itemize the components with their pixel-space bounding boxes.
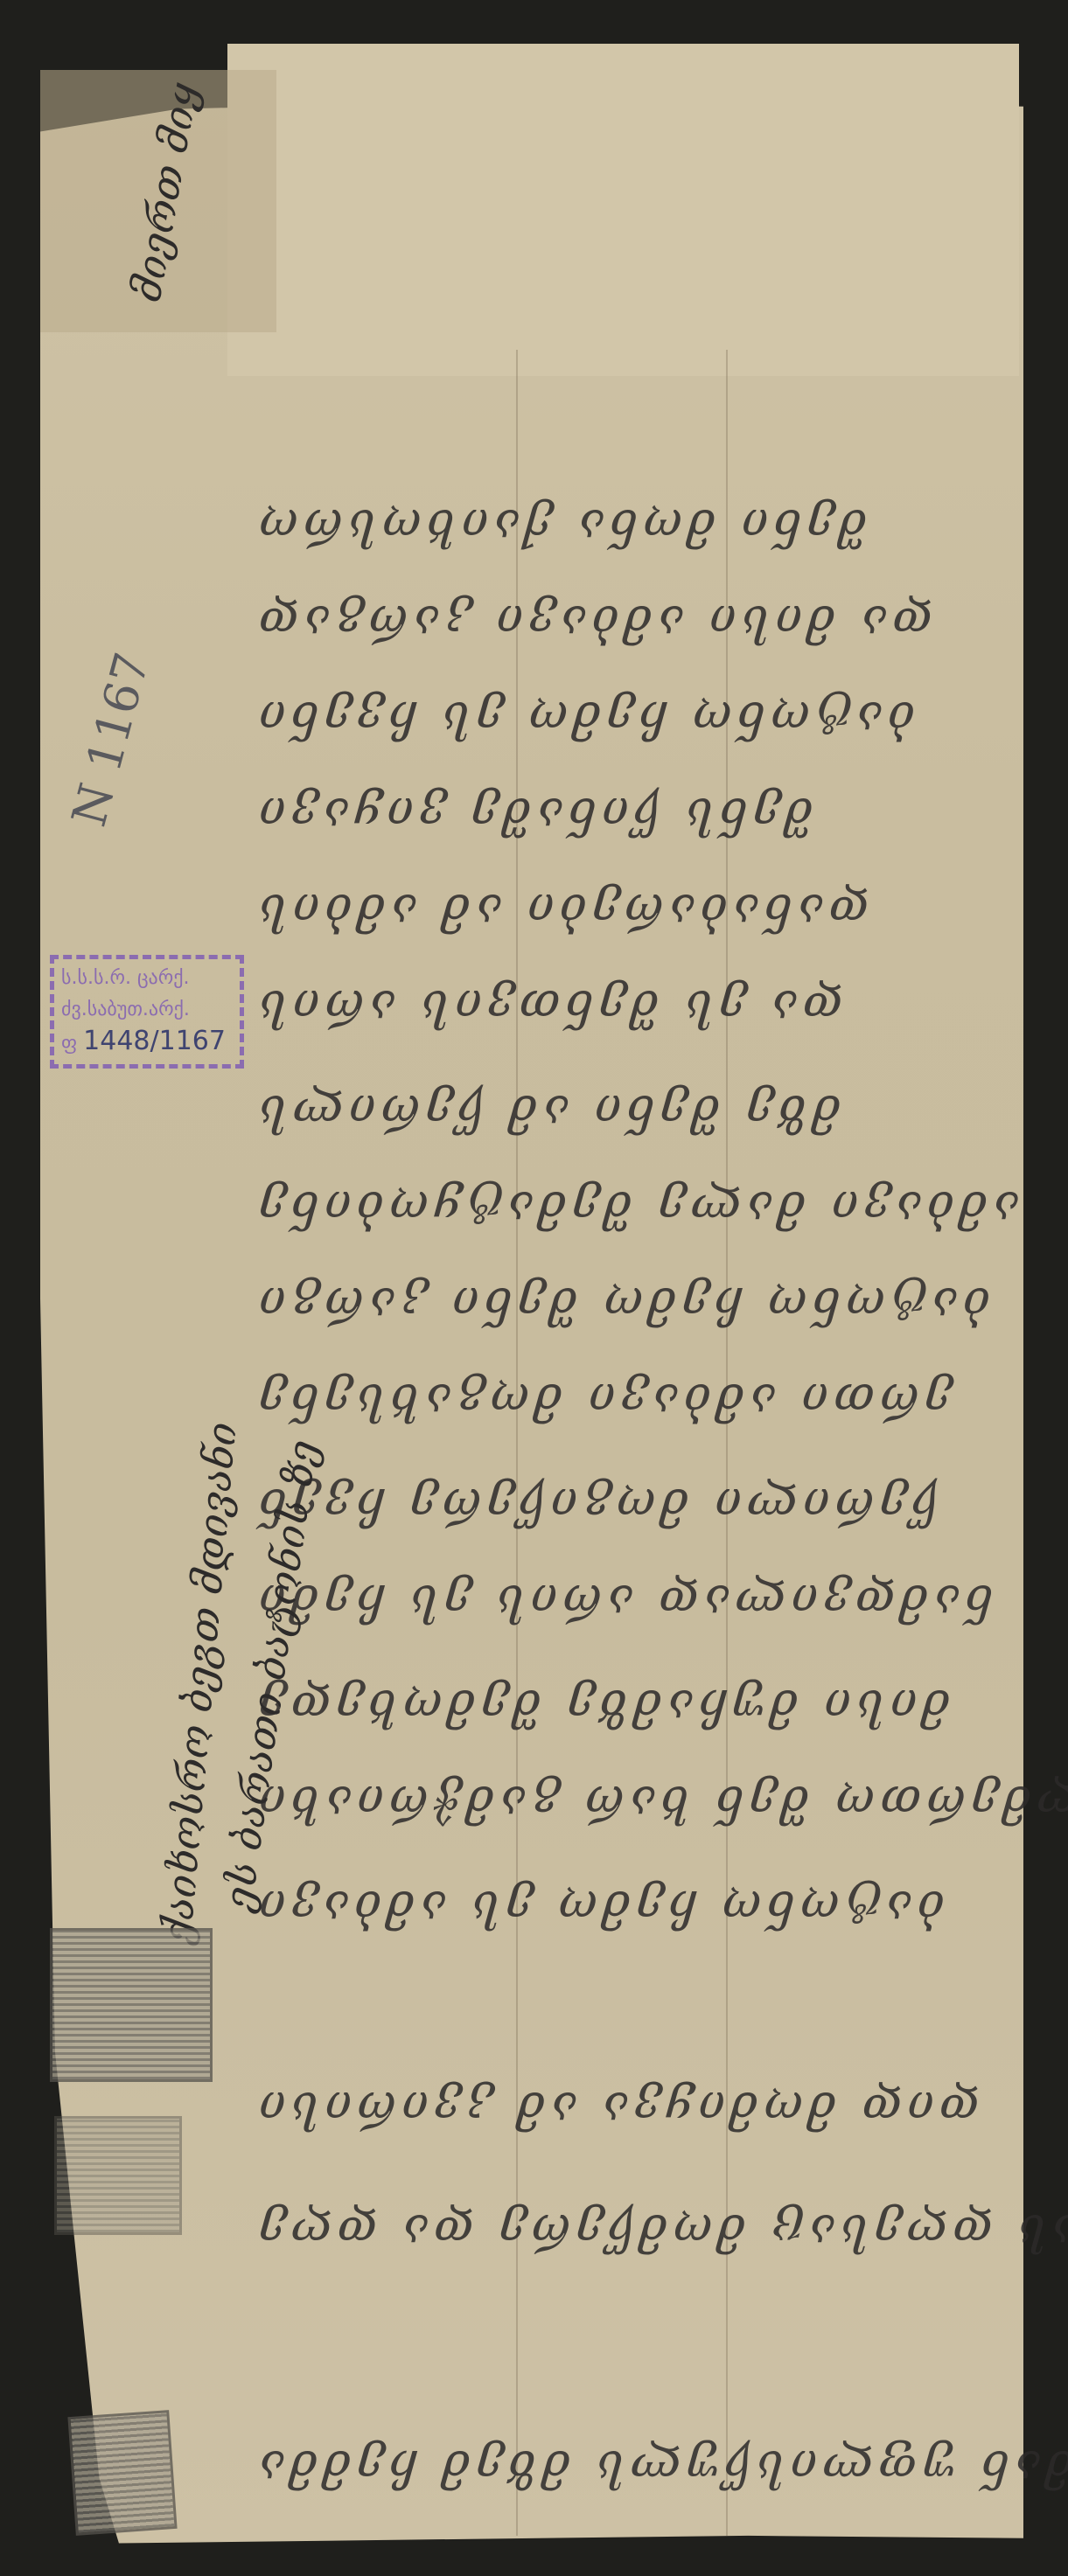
manuscript-line: ერთი ამბავი მოგახსენე	[254, 1373, 952, 1428]
paper-flap	[227, 44, 1019, 376]
manuscript-line: ბატონო ჩემო შენი კარგი	[254, 1277, 990, 1332]
wax-seal-impression	[67, 2410, 177, 2536]
archive-stamp: ს.ს.ს.რ. ცარქ. ძვ.საბუთ.არქ. ფ 1448/1167	[50, 955, 244, 1069]
manuscript-line: ნამდვილად არის ეს ჩემი	[254, 1574, 994, 1629]
wax-seal-impression	[54, 2116, 182, 2235]
manuscript-line: ღმერთმან უფლისწულს მზემ ჩემმა	[254, 2440, 1068, 2495]
manuscript-line: ღმერთო შენ ხარ გამჭრიახი	[254, 1775, 1068, 1830]
manuscript-line: მზე შენი ამ წერილს	[254, 1084, 841, 1139]
stamp-line-2: ძვ.საბუთ.არქ.	[61, 994, 233, 1026]
manuscript-line: დიდ მომიყვა ამ კვირისი	[254, 2081, 980, 2136]
manuscript-line: ბატონო ჩემო ეს ამბავი	[254, 1880, 945, 1935]
stamp-prefix: ფ	[61, 1033, 77, 1055]
manuscript-line: და მისი ამბავი კარგად	[254, 595, 932, 650]
stamp-number: 1448/1167	[83, 1026, 226, 1056]
stamp-line-1: ს.ს.ს.რ. ცარქ.	[61, 963, 233, 994]
manuscript-line: მისი მუჩამზე შემოხედე	[254, 1679, 951, 1734]
manuscript-line: ამას დღესაც მომწერე და დღე	[254, 2204, 1068, 2259]
wax-seal-impression	[50, 1928, 213, 2082]
manuscript-line: დანაბარები ამ ამბის	[254, 883, 869, 938]
manuscript-line: და ეს შენთვის არის	[254, 979, 842, 1034]
manuscript-line: წერილი მოგიწერე ჩვენ	[254, 1478, 939, 1533]
manuscript-line: ბატონო ჩემო ეს ჩვენი	[254, 691, 915, 746]
manuscript-line: შენს წინაშე ვიყავი	[254, 787, 813, 842]
manuscript-line: შენი მონა ქაიხოსრო	[254, 498, 868, 553]
manuscript-line: ამბავი მალე შემატყობინე	[254, 1180, 1019, 1236]
